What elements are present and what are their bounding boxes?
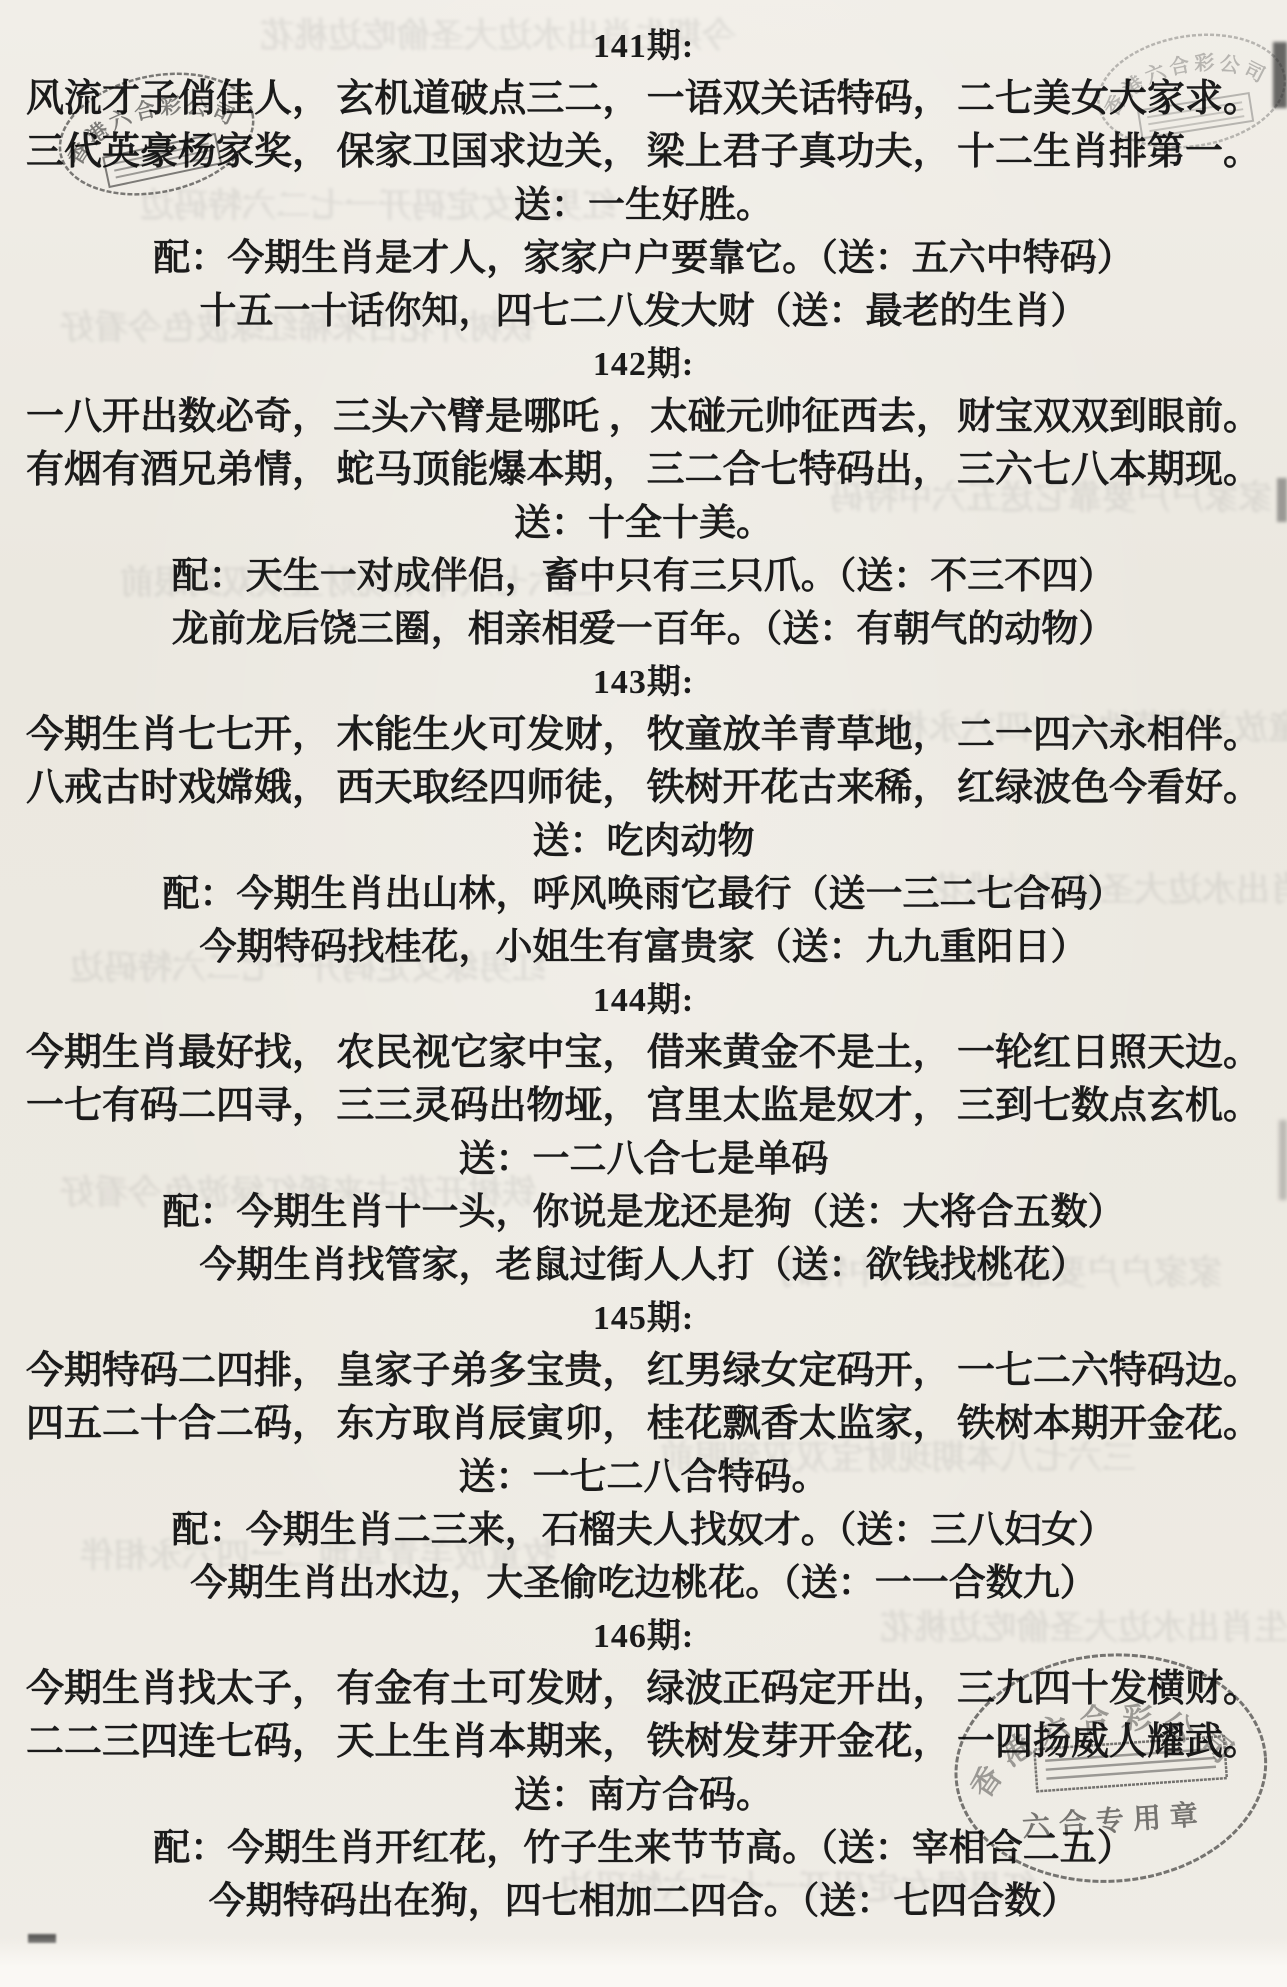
verse-clause: 蛇马顶能爆本期，: [336, 444, 640, 497]
verse-clause: 天上生肖本期来，: [336, 1716, 640, 1769]
verse-line: 三代英豪杨家奖，保家卫国求边关，梁上君子真功夫，十二生肖排第一。: [0, 126, 1287, 179]
verse-clause: 皇家子弟多宝贵，: [336, 1345, 640, 1398]
pei-line: 配：今期生肖出山林，呼风唤雨它最行（送一三二七合码）: [0, 868, 1287, 921]
page-bottom-margin: [0, 1937, 1287, 1987]
verse-clause: 今期生肖七七开，: [26, 709, 330, 762]
verse-line: 今期生肖找太子，有金有土可发财，绿波正码定开出，三九四十发横财。: [0, 1663, 1287, 1716]
verse-clause: 三代英豪杨家奖，: [26, 126, 330, 179]
verse-line: 二二三四连七码，天上生肖本期来，铁树发芽开金花，一四扬威人耀武。: [0, 1716, 1287, 1769]
verse-clause: 牧童放羊青草地，: [647, 709, 951, 762]
verse-clause: 宫里太监是奴才，: [647, 1080, 951, 1133]
song-line: 送：吃肉动物: [0, 815, 1287, 868]
pei-line: 今期特码出在狗，四七相加二四合。（送：七四合数）: [0, 1875, 1287, 1928]
verse-clause: 风流才子俏佳人，: [26, 73, 330, 126]
verse-clause: 三到七数点玄机。: [957, 1080, 1261, 1133]
song-line: 送：一生好胜。: [0, 179, 1287, 232]
scanned-document-page: 今期生肖出水边大圣偷吃边桃花 红男绿女定码开一七二六特码边 铁树开花古来稀红绿波…: [0, 0, 1287, 1987]
verse-clause: 红绿波色今看好。: [957, 762, 1261, 815]
song-line: 送：南方合码。: [0, 1769, 1287, 1822]
verse-clause: 保家卫国求边关，: [336, 126, 640, 179]
pei-line: 今期生肖找管家，老鼠过街人人打（送：欲钱找桃花）: [0, 1239, 1287, 1292]
verse-clause: 十二生肖排第一。: [957, 126, 1261, 179]
verse-clause: 二一四六永相伴。: [957, 709, 1261, 762]
verse-line: 今期特码二四排，皇家子弟多宝贵，红男绿女定码开，一七二六特码边。: [0, 1345, 1287, 1398]
verse-line: 风流才子俏佳人，玄机道破点三二，一语双关话特码，二七美女大家求。: [0, 73, 1287, 126]
pei-line: 今期生肖出水边，大圣偷吃边桃花。（送：一一合数九）: [0, 1557, 1287, 1610]
verse-clause: 四五二十合二码，: [26, 1398, 330, 1451]
verse-clause: 三九四十发横财。: [957, 1663, 1261, 1716]
verse-clause: 一七二六特码边。: [957, 1345, 1261, 1398]
verse-clause: 铁树发芽开金花，: [647, 1716, 951, 1769]
pei-line: 配：天生一对成伴侣，畜中只有三只爪。（送：不三不四）: [0, 550, 1287, 603]
song-line: 送：一七二八合特码。: [0, 1451, 1287, 1504]
pei-line: 龙前龙后饶三圈，相亲相爱一百年。（送：有朝气的动物）: [0, 603, 1287, 656]
verse-clause: 今期生肖找太子，: [26, 1663, 330, 1716]
verse-clause: 铁树本期开金花。: [957, 1398, 1261, 1451]
pei-line: 配：今期生肖十一头，你说是龙还是狗（送：大将合五数）: [0, 1186, 1287, 1239]
verse-clause: 一七有码二四寻，: [26, 1080, 330, 1133]
verse-line: 四五二十合二码，东方取肖辰寅卯，桂花飘香太监家，铁树本期开金花。: [0, 1398, 1287, 1451]
document-body: 141期: 风流才子俏佳人，玄机道破点三二，一语双关话特码，二七美女大家求。 三…: [0, 0, 1287, 1928]
verse-clause: 红男绿女定码开，: [647, 1345, 951, 1398]
verse-clause: 借来黄金不是土，: [647, 1027, 951, 1080]
verse-clause: 二七美女大家求。: [957, 73, 1261, 126]
period-title: 141期:: [0, 20, 1287, 73]
verse-line: 今期生肖最好找，农民视它家中宝，借来黄金不是土，一轮红日照天边。: [0, 1027, 1287, 1080]
verse-line: 一八开出数必奇，三头六臂是哪吒 ，太碰元帅征西去，财宝双双到眼前。: [0, 391, 1287, 444]
verse-clause: 一四扬威人耀武。: [957, 1716, 1261, 1769]
verse-clause: 铁树开花古来稀，: [647, 762, 951, 815]
pei-line: 配：今期生肖是才人，家家户户要靠它。（送：五六中特码）: [0, 232, 1287, 285]
period-title: 143期:: [0, 656, 1287, 709]
verse-clause: 太碰元帅征西去，: [650, 391, 954, 444]
verse-clause: 东方取肖辰寅卯，: [336, 1398, 640, 1451]
verse-clause: 梁上君子真功夫，: [647, 126, 951, 179]
verse-clause: 有金有土可发财，: [336, 1663, 640, 1716]
period-title: 146期:: [0, 1610, 1287, 1663]
verse-clause: 三六七八本期现。: [957, 444, 1261, 497]
verse-clause: 一轮红日照天边。: [957, 1027, 1261, 1080]
pei-line: 十五一十话你知，四七二八发大财（送：最老的生肖）: [0, 285, 1287, 338]
verse-line: 有烟有酒兄弟情，蛇马顶能爆本期，三二合七特码出，三六七八本期现。: [0, 444, 1287, 497]
verse-line: 一七有码二四寻，三三灵码出物垭，宫里太监是奴才，三到七数点玄机。: [0, 1080, 1287, 1133]
verse-clause: 桂花飘香太监家，: [647, 1398, 951, 1451]
verse-clause: 一八开出数必奇，: [26, 391, 330, 444]
verse-clause: 三二合七特码出，: [647, 444, 951, 497]
verse-clause: 玄机道破点三二，: [336, 73, 640, 126]
verse-clause: 西天取经四师徒，: [336, 762, 640, 815]
verse-clause: 木能生火可发财，: [336, 709, 640, 762]
pei-line: 今期特码找桂花，小姐生有富贵家（送：九九重阳日）: [0, 921, 1287, 974]
period-title: 142期:: [0, 338, 1287, 391]
verse-line: 八戒古时戏嫦娥，西天取经四师徒，铁树开花古来稀，红绿波色今看好。: [0, 762, 1287, 815]
verse-clause: 财宝双双到眼前。: [957, 391, 1261, 444]
verse-clause: 有烟有酒兄弟情，: [26, 444, 330, 497]
verse-clause: 二二三四连七码，: [26, 1716, 330, 1769]
song-line: 送：十全十美。: [0, 497, 1287, 550]
verse-clause: 农民视它家中宝，: [336, 1027, 640, 1080]
period-title: 145期:: [0, 1292, 1287, 1345]
verse-clause: 今期生肖最好找，: [26, 1027, 330, 1080]
verse-clause: 三头六臂是哪吒 ，: [333, 391, 647, 444]
verse-clause: 一语双关话特码，: [647, 73, 951, 126]
pei-line: 配：今期生肖开红花，竹子生来节节高。（送：宰相合二五）: [0, 1822, 1287, 1875]
pei-line: 配：今期生肖二三来，石榴夫人找奴才。（送：三八妇女）: [0, 1504, 1287, 1557]
verse-clause: 今期特码二四排，: [26, 1345, 330, 1398]
verse-clause: 八戒古时戏嫦娥，: [26, 762, 330, 815]
verse-clause: 三三灵码出物垭，: [336, 1080, 640, 1133]
verse-line: 今期生肖七七开，木能生火可发财，牧童放羊青草地，二一四六永相伴。: [0, 709, 1287, 762]
song-line: 送：一二八合七是单码: [0, 1133, 1287, 1186]
period-title: 144期:: [0, 974, 1287, 1027]
verse-clause: 绿波正码定开出，: [647, 1663, 951, 1716]
